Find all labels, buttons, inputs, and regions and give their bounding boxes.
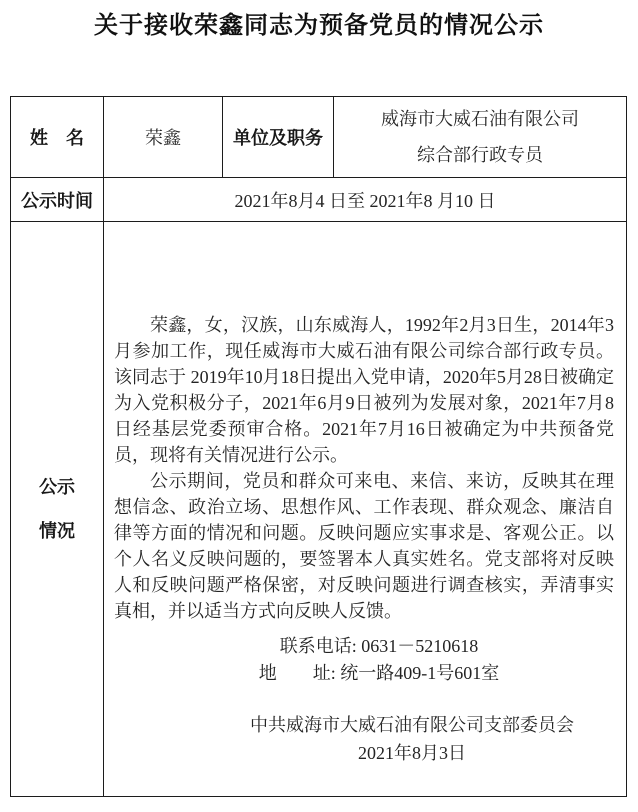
contact-block: 联系电话: 0631－5210618 地 址: 统一路409-1号601室 (144, 633, 614, 687)
detail-label-line1: 公示 (11, 475, 103, 499)
period-label: 公示时间 (11, 178, 104, 222)
table-row-period: 公示时间 2021年8月4 日至 2021年8 月10 日 (11, 178, 627, 222)
unit-value-position: 综合部行政专员 (334, 137, 626, 173)
signature-org: 中共威海市大威石油有限公司支部委员会 (210, 711, 614, 739)
notice-table: 姓 名 荣鑫 单位及职务 威海市大威石油有限公司 综合部行政专员 公示时间 20… (10, 96, 627, 797)
detail-label-line2: 情况 (11, 519, 103, 543)
detail-content: 荣鑫，女，汉族，山东威海人，1992年2月3日生，2014年3月参加工作，现任威… (104, 222, 627, 797)
signature-date: 2021年8月3日 (210, 739, 614, 767)
unit-value-company: 威海市大威石油有限公司 (334, 101, 626, 137)
detail-paragraph-2: 公示期间，党员和群众可来电、来信、来访，反映其在理想信念、政治立场、思想作风、工… (114, 468, 614, 624)
period-value: 2021年8月4 日至 2021年8 月10 日 (104, 178, 627, 222)
contact-phone: 联系电话: 0631－5210618 (144, 633, 614, 660)
table-row-name: 姓 名 荣鑫 单位及职务 威海市大威石油有限公司 综合部行政专员 (11, 97, 627, 178)
signature-block: 中共威海市大威石油有限公司支部委员会 2021年8月3日 (210, 711, 614, 767)
page-title: 关于接收荣鑫同志为预备党员的情况公示 (0, 5, 638, 40)
contact-address: 地 址: 统一路409-1号601室 (144, 660, 614, 687)
name-label: 姓 名 (11, 97, 104, 178)
unit-value: 威海市大威石油有限公司 综合部行政专员 (334, 97, 627, 178)
name-value: 荣鑫 (104, 97, 223, 178)
detail-label: 公示 情况 (11, 222, 104, 797)
unit-label: 单位及职务 (223, 97, 334, 178)
detail-paragraph-1: 荣鑫，女，汉族，山东威海人，1992年2月3日生，2014年3月参加工作，现任威… (114, 312, 614, 468)
table-row-detail: 公示 情况 荣鑫，女，汉族，山东威海人，1992年2月3日生，2014年3月参加… (11, 222, 627, 797)
